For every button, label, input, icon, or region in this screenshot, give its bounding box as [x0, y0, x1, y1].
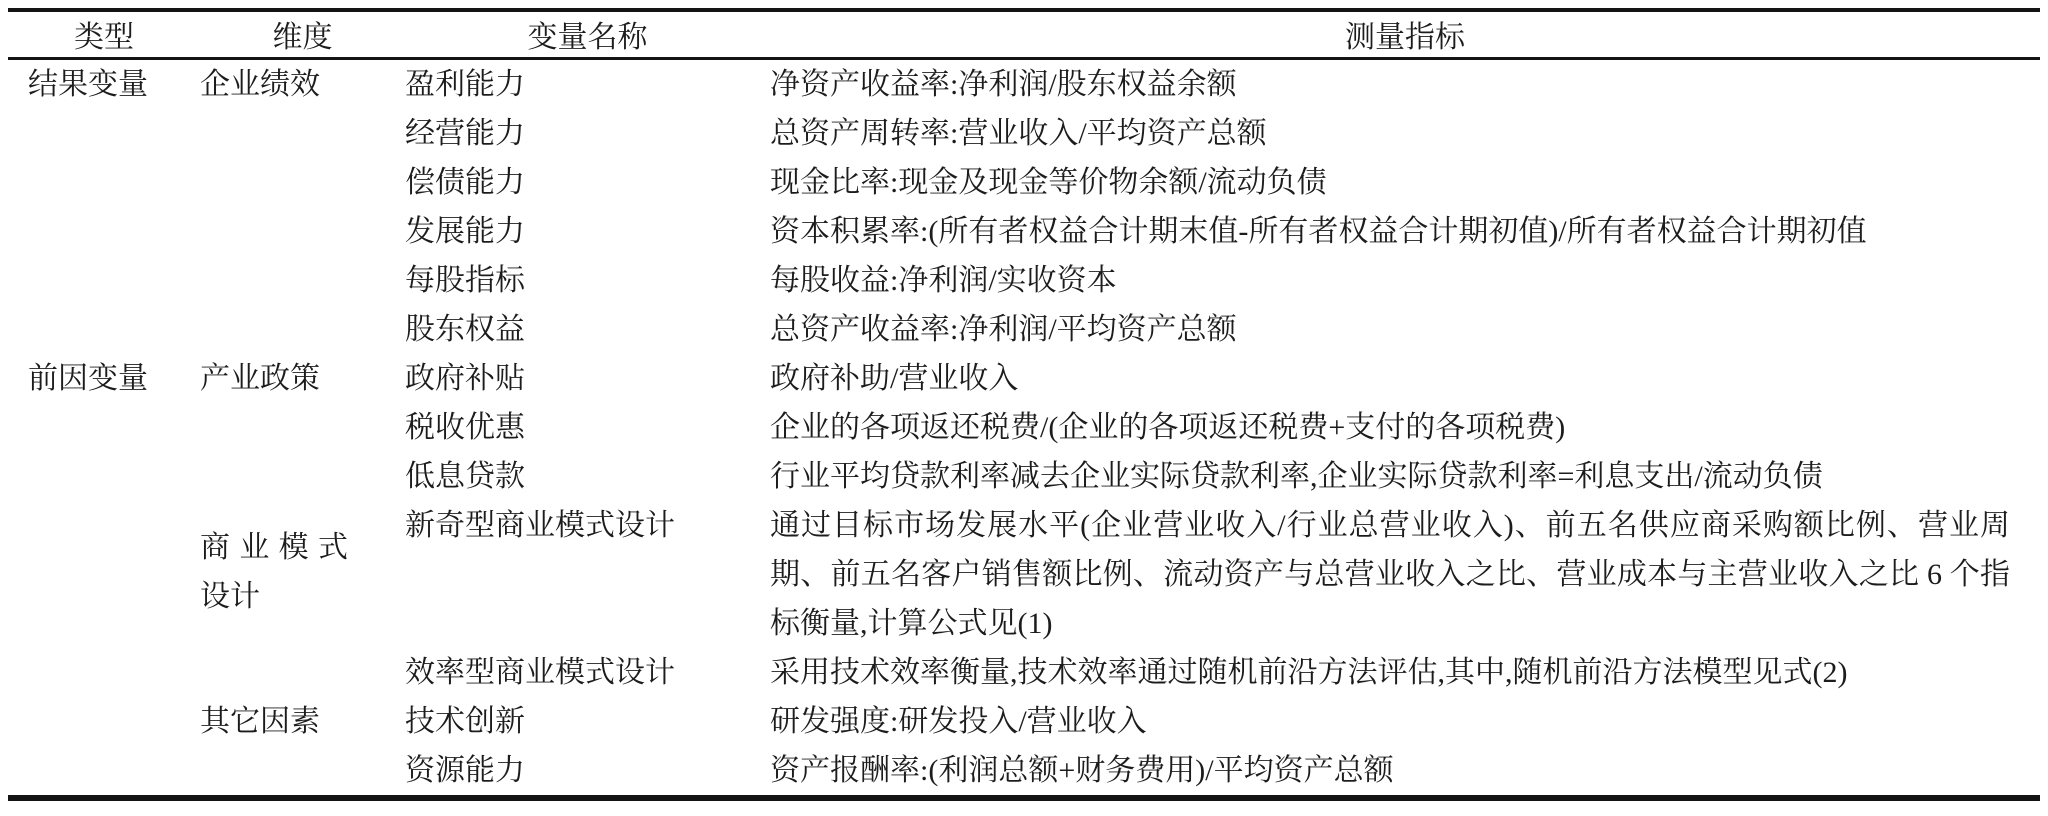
- col-header-variable-name: 变量名称: [405, 10, 770, 58]
- cell-indicator: 资本积累率:(所有者权益合计期末值-所有者权益合计期初值)/所有者权益合计期初值: [770, 207, 2040, 256]
- cell-indicator: 企业的各项返还税费/(企业的各项返还税费+支付的各项税费): [770, 403, 2040, 452]
- table-header: 类型 维度 变量名称 测量指标: [8, 10, 2040, 58]
- cell-variable: 技术创新: [405, 697, 770, 746]
- col-header-type: 类型: [8, 10, 200, 58]
- col-header-measurement-indicator: 测量指标: [770, 10, 2040, 58]
- cell-indicator: 通过目标市场发展水平(企业营业收入/行业总营业收入)、前五名供应商采购额比例、营…: [770, 501, 2040, 648]
- cell-indicator: 净资产收益率:净利润/股东权益余额: [770, 58, 2040, 109]
- cell-indicator: 总资产周转率:营业收入/平均资产总额: [770, 109, 2040, 158]
- cell-type-result-variables: 结果变量: [8, 58, 200, 354]
- header-row: 类型 维度 变量名称 测量指标: [8, 10, 2040, 58]
- cell-variable: 政府补贴: [405, 354, 770, 403]
- table-row: 结果变量 企业绩效 盈利能力 净资产收益率:净利润/股东权益余额: [8, 58, 2040, 109]
- cell-indicator: 总资产收益率:净利润/平均资产总额: [770, 305, 2040, 354]
- cell-variable: 经营能力: [405, 109, 770, 158]
- cell-indicator: 每股收益:净利润/实收资本: [770, 256, 2040, 305]
- table-row: 商业模式设计 新奇型商业模式设计 通过目标市场发展水平(企业营业收入/行业总营业…: [8, 501, 2040, 648]
- cell-dim-business-model-design: 商业模式设计: [200, 501, 405, 697]
- cell-indicator: 现金比率:现金及现金等价物余额/流动负债: [770, 158, 2040, 207]
- table-body: 结果变量 企业绩效 盈利能力 净资产收益率:净利润/股东权益余额 经营能力 总资…: [8, 58, 2040, 798]
- cell-variable: 发展能力: [405, 207, 770, 256]
- table-row: 前因变量 产业政策 政府补贴 政府补助/营业收入: [8, 354, 2040, 403]
- cell-dim-industrial-policy: 产业政策: [200, 354, 405, 501]
- cell-dim-firm-performance: 企业绩效: [200, 58, 405, 354]
- cell-variable: 税收优惠: [405, 403, 770, 452]
- col-header-dimension: 维度: [200, 10, 405, 58]
- cell-dim-other-factors: 其它因素: [200, 697, 405, 798]
- business-model-design-label: 商业模式设计: [200, 523, 348, 621]
- cell-indicator: 研发强度:研发投入/营业收入: [770, 697, 2040, 746]
- cell-indicator: 政府补助/营业收入: [770, 354, 2040, 403]
- cell-variable: 资源能力: [405, 746, 770, 798]
- cell-variable: 新奇型商业模式设计: [405, 501, 770, 648]
- cell-variable: 股东权益: [405, 305, 770, 354]
- cell-indicator: 采用技术效率衡量,技术效率通过随机前沿方法评估,其中,随机前沿方法模型见式(2): [770, 648, 2040, 697]
- table-row: 其它因素 技术创新 研发强度:研发投入/营业收入: [8, 697, 2040, 746]
- cell-type-antecedent-variables: 前因变量: [8, 354, 200, 798]
- variable-measurement-table: 类型 维度 变量名称 测量指标 结果变量 企业绩效 盈利能力 净资产收益率:净利…: [8, 8, 2040, 801]
- cell-variable: 每股指标: [405, 256, 770, 305]
- cell-variable: 偿债能力: [405, 158, 770, 207]
- cell-indicator: 行业平均贷款利率减去企业实际贷款利率,企业实际贷款利率=利息支出/流动负债: [770, 452, 2040, 501]
- cell-variable: 低息贷款: [405, 452, 770, 501]
- cell-indicator: 资产报酬率:(利润总额+财务费用)/平均资产总额: [770, 746, 2040, 798]
- cell-variable: 盈利能力: [405, 58, 770, 109]
- cell-variable: 效率型商业模式设计: [405, 648, 770, 697]
